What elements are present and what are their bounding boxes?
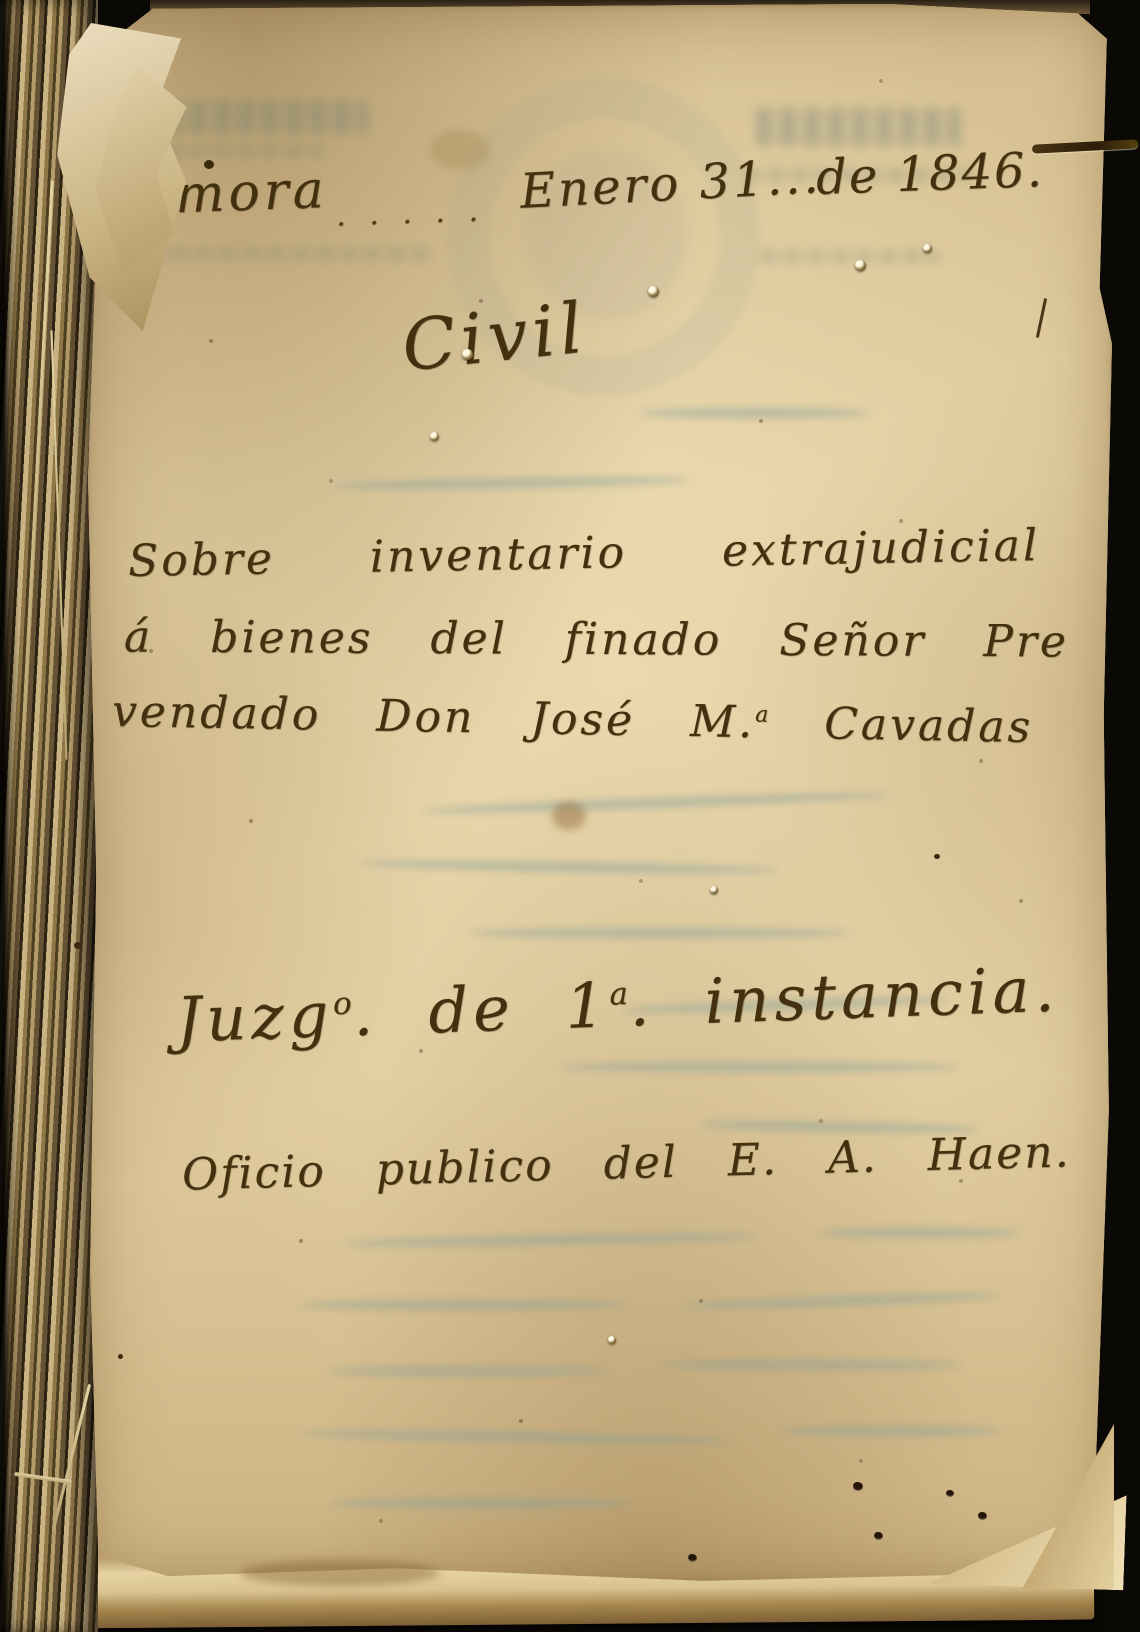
- dateline-leader-dots: . . . . .: [335, 193, 485, 233]
- wormhole: [853, 1482, 863, 1491]
- superscript-a: a: [609, 976, 630, 1013]
- paper-stain: [240, 1560, 440, 1586]
- pin-glint: [923, 244, 932, 253]
- superscript-o: o: [332, 986, 353, 1023]
- dateline-year: de 1846.: [815, 142, 1045, 206]
- handwriting-bleedthrough: [470, 928, 850, 938]
- ink-blot: [934, 854, 940, 859]
- wormhole: [874, 1532, 883, 1540]
- court-mid: . de 1: [352, 968, 611, 1050]
- pin-glint: [648, 286, 659, 297]
- pin-glint: [608, 1336, 616, 1344]
- paper-stain: [430, 130, 490, 170]
- wormhole: [978, 1512, 987, 1520]
- handwriting-bleedthrough: [820, 1228, 1020, 1238]
- pin-glint: [710, 886, 718, 894]
- handwriting-bleedthrough: [660, 1360, 960, 1370]
- ink-blot: [118, 1354, 123, 1359]
- handwriting-bleedthrough: [300, 1300, 630, 1310]
- court-abbrev: Juzg: [175, 978, 335, 1056]
- paper-stain: [552, 802, 586, 830]
- ink-blot: [74, 942, 82, 949]
- handwriting-bleedthrough: [560, 1062, 960, 1072]
- manuscript-scan: Zamora . . . . . Enero 31... de 1846. Ci…: [0, 0, 1140, 1632]
- wormhole: [946, 1490, 954, 1497]
- ink-blot: [204, 160, 214, 169]
- paper-speckles: [0, 0, 2, 2]
- superscript-a: a: [755, 703, 770, 728]
- court-suffix: . instancia.: [628, 953, 1060, 1041]
- handwriting-bleedthrough: [640, 408, 870, 418]
- handwriting-bleedthrough: [780, 1426, 1000, 1436]
- pin-glint: [855, 260, 866, 271]
- handwriting-bleedthrough: [330, 1498, 630, 1508]
- handwriting-bleedthrough: [330, 1366, 610, 1376]
- printed-heading-bleed: [756, 108, 961, 146]
- subject-line-2: á bienes del finado Señor Pre: [124, 612, 1069, 668]
- printed-heading-bleed: [760, 250, 940, 263]
- pin-glint: [430, 432, 439, 441]
- pin-glint: [462, 349, 473, 360]
- wormhole: [688, 1554, 697, 1562]
- subject-line-3-surname: Cavadas: [769, 697, 1034, 753]
